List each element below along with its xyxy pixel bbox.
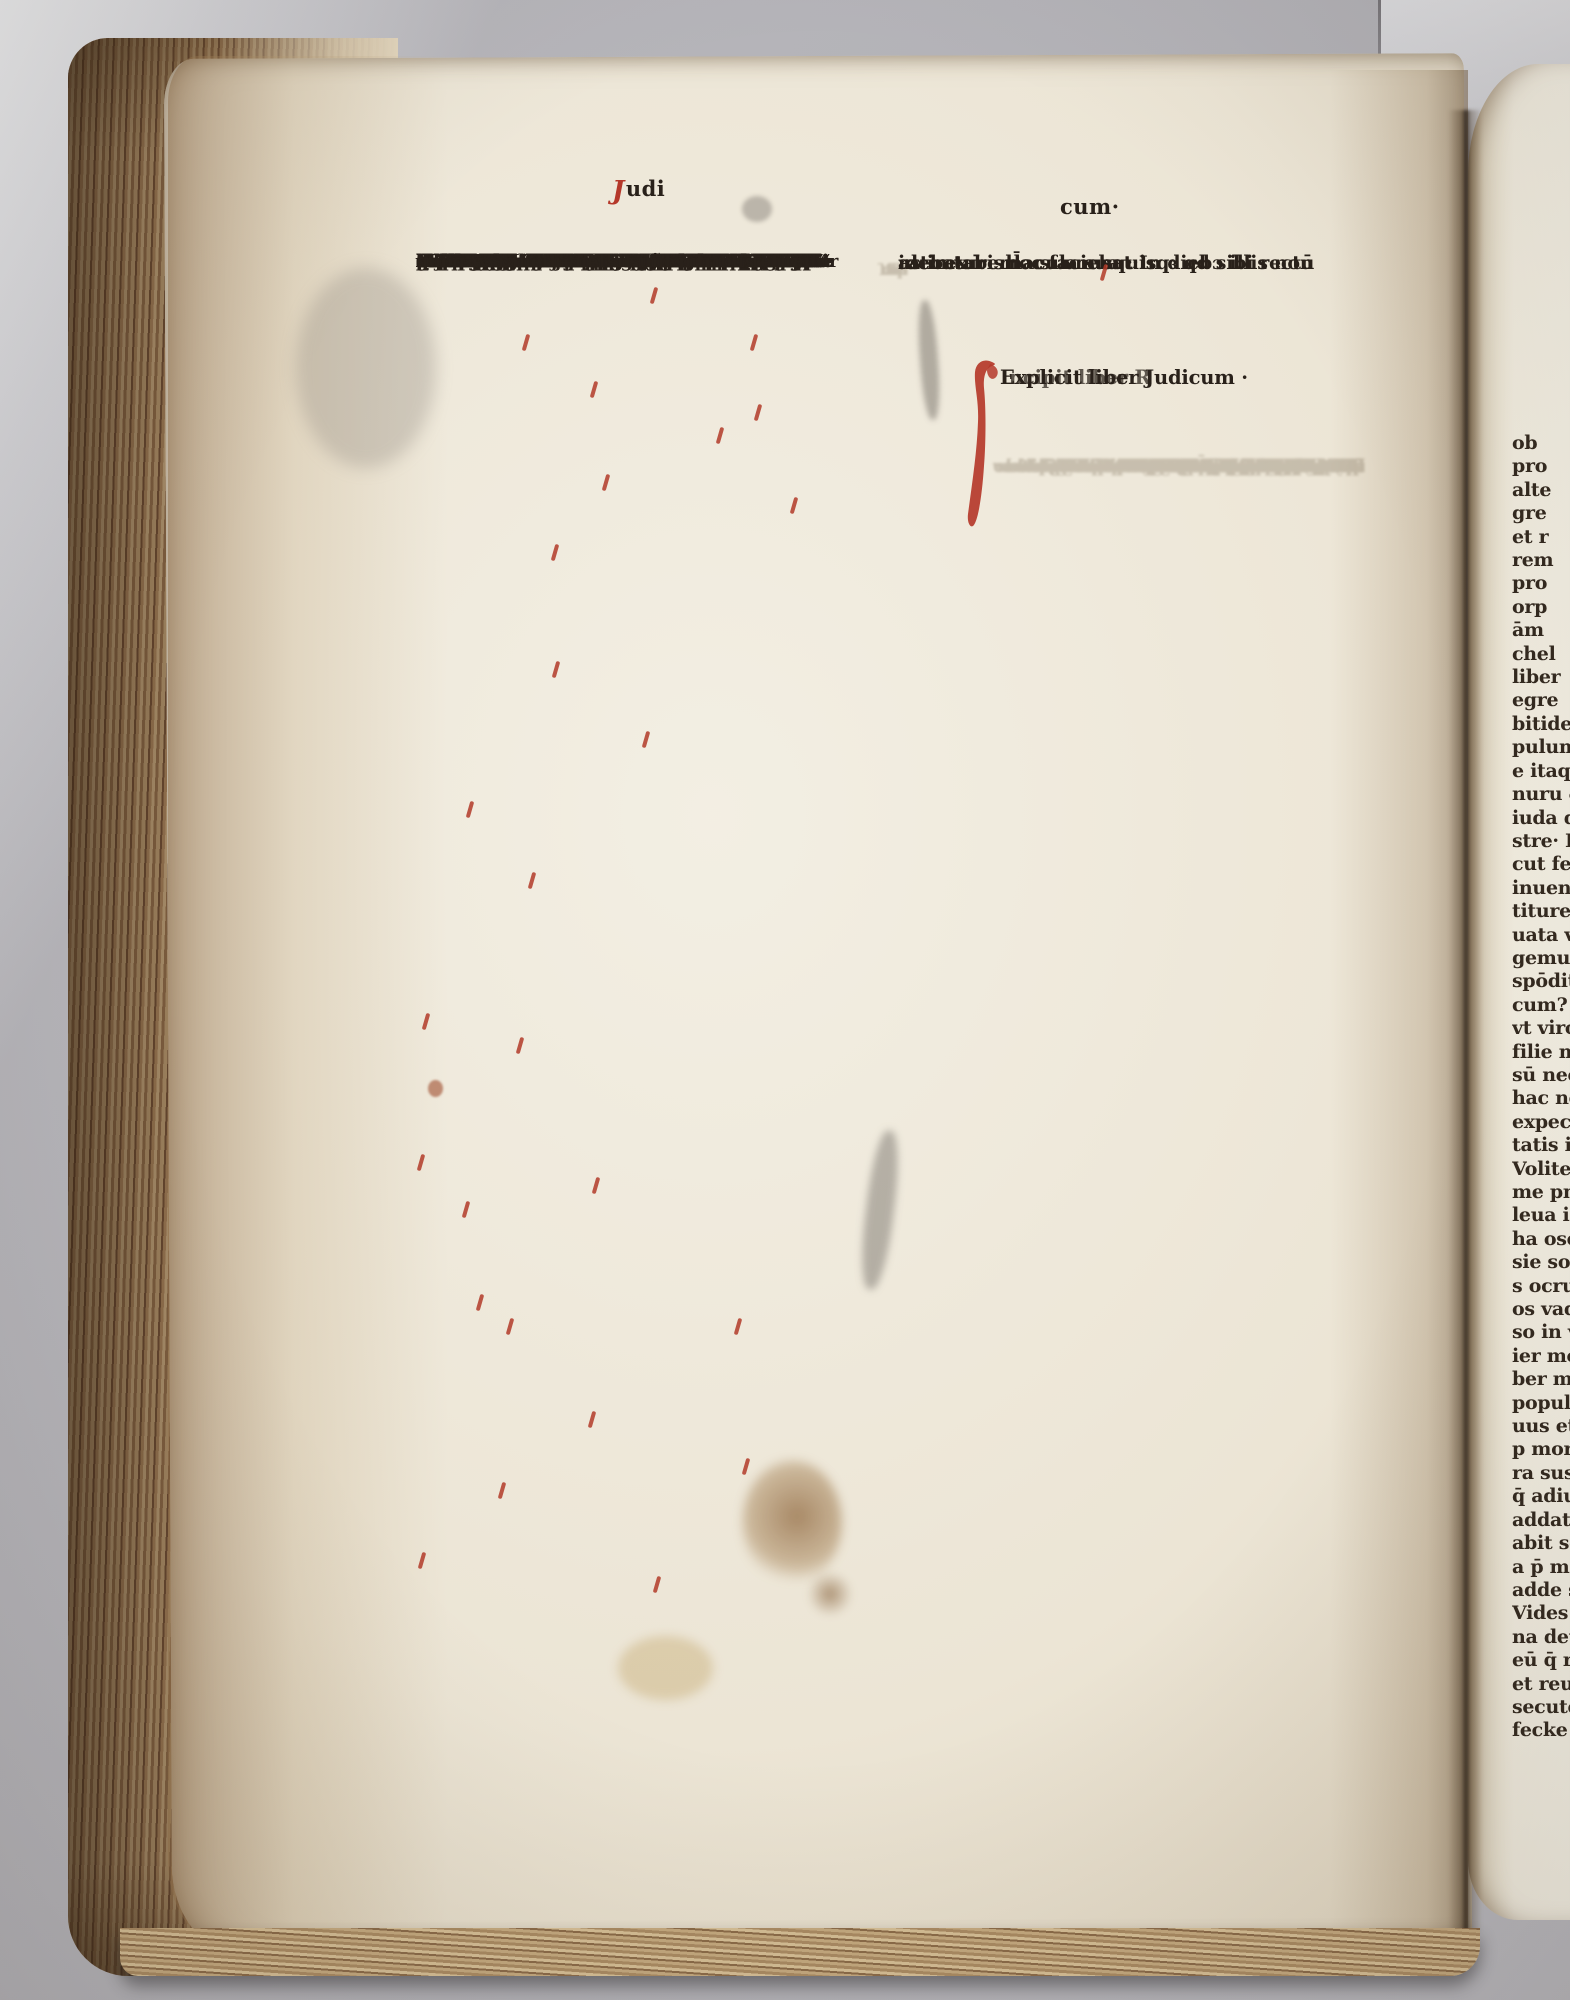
right-page-partial-line: a p̄ mortem [1512,1556,1570,1579]
right-page-partial-line: gre [1512,502,1570,525]
right-page-partial-line: secute sūt [1512,1696,1570,1719]
right-page-partial-line: cut fecis [1512,853,1570,876]
right-page-partial-line: ra suscipiet [1512,1462,1570,1485]
running-header-right: cum· [1060,194,1120,219]
right-page-partial-line: titure es [1512,900,1570,923]
right-page-partial-line: et r [1512,526,1570,549]
running-header-left: Judi [612,176,626,206]
right-page-partial-line: ha osculata [1512,1228,1570,1251]
right-page-partial-line: adde sepul [1512,1579,1570,1602]
brown-stain-large [742,1460,842,1585]
right-page-partial-line: gemus [1512,947,1570,970]
right-page-partial-line: et reuertēt [1512,1673,1570,1696]
right-page-partial-line: pro [1512,572,1570,595]
right-page-partial-line: pro [1512,455,1570,478]
right-page-partial-line: ām [1512,619,1570,642]
header-rubric-initial: J [612,176,625,206]
right-page-partial-line: addat si n [1512,1509,1570,1532]
right-page-partial-line: abit sepult⁹ [1512,1532,1570,1555]
gutter-shadow [1448,110,1482,1932]
brown-stain-small [806,1572,854,1616]
showthrough-line: alus mageli ubar uera [1144,455,1365,479]
right-page-partial-line: ber morabor [1512,1368,1570,1391]
right-page-partial-line: rem [1512,549,1570,572]
right-page-partial-line: pulum [1512,736,1570,759]
red-ink-spot [428,1080,443,1097]
right-page-partial-line: spōdit· [1512,970,1570,993]
rubric-flourish-icon [962,356,1002,532]
right-page-partial-line: sie socrui su [1512,1251,1570,1274]
right-page-partial-line: na deuertiss [1512,1626,1570,1649]
right-page-partial-line: expectare [1512,1111,1570,1134]
right-page-text-strip: obproaltegreet rremproorpāmchelliberegre… [1512,432,1570,1762]
right-page-partial-line: e itaq₃ [1512,760,1570,783]
right-page-partial-line: orp [1512,596,1570,619]
right-page-partial-line: vt viros [1512,1017,1570,1040]
right-page-partial-line: os vade cū [1512,1298,1570,1321]
right-page-partial-line: sū nec apt [1512,1064,1570,1087]
right-page-partial-line: nuru & [1512,783,1570,806]
right-page-partial-line: leua igit [1512,1204,1570,1227]
foxing-spots [618,1636,713,1700]
right-page-partial-line: ob [1512,432,1570,455]
header-left-text: udi [626,176,665,201]
right-page-partial-line: Volite q̄so [1512,1158,1570,1181]
right-page-partial-line: uata vo [1512,924,1570,947]
page-stack-bottom-edge [120,1928,1480,1976]
ink-speck [742,196,772,222]
right-page-partial-line: iuda di [1512,807,1570,830]
right-page-partial-line: so in ve [1512,1321,1570,1344]
right-page-partial-line: q̄ adiuuet [1512,1485,1570,1508]
explicit-line: Incipit liber R [1000,364,1151,392]
right-page-partial-line: bitide [1512,713,1570,736]
right-page-partial-line: stre· Fa [1512,830,1570,853]
gray-mottling-stain [296,268,436,468]
right-page-partial-line: ier morabo [1512,1345,1570,1368]
text-line: quoq₃ ysrahel reuersi sunt p tribus et f… [416,250,829,273]
right-page-partial-line: eū q̄ reuersa [1512,1649,1570,1672]
right-page-partial-line: s ocrui fu [1512,1275,1570,1298]
right-page-partial-line: egre [1512,689,1570,712]
right-page-partial-line: liber [1512,666,1570,689]
right-page-partial-line: filie moa [1512,1041,1570,1064]
right-page-partial-line: hac nocte [1512,1087,1570,1110]
right-page-partial-line: p morientē [1512,1438,1570,1461]
right-page-partial-line: Vides ergo [1512,1602,1570,1625]
book-photo: clera exdy q̄ bsunt fratres me an nō? Qu… [0,0,1570,2000]
right-page-partial-line: tatis implo [1512,1134,1570,1157]
right-page-partial-line: chel [1512,643,1570,666]
right-page-partial-line: me pmt ct [1512,1181,1570,1204]
right-page-partial-line: cum? Ui [1512,994,1570,1017]
right-page-partial-line: inuenire [1512,877,1570,900]
right-page-partial-line: populus tu [1512,1392,1570,1415]
right-page-partial-line: fecke suos [1512,1719,1570,1742]
right-page-partial-line: uus et de⁹ [1512,1415,1570,1438]
right-page-partial-line: alte [1512,479,1570,502]
